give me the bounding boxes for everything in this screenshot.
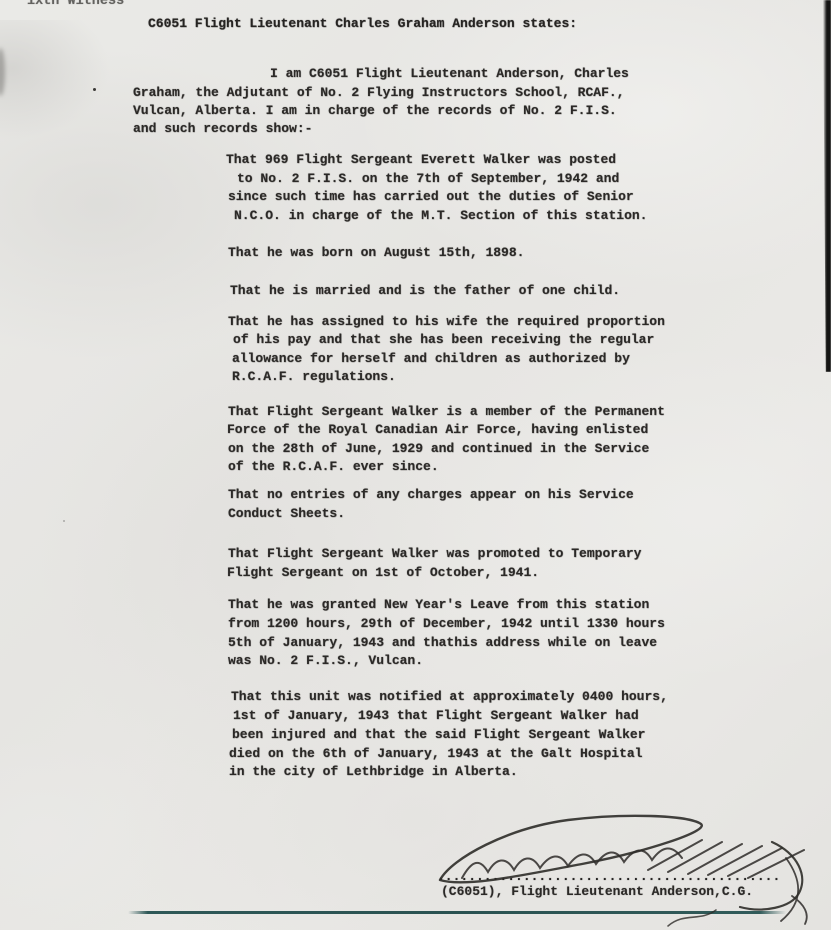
text-line: Flight Sergeant on 1st of October, 1941.	[227, 565, 539, 580]
signature-dotted-line: ........................................…	[437, 869, 780, 884]
document-page: ixth Witness C6051 Flight Lieutenant Cha…	[0, 0, 831, 930]
text-line: allowance for herself and children as au…	[232, 351, 630, 366]
text-line: That he was born on August 15th, 1898.	[228, 245, 524, 260]
text-line: in the city of Lethbridge in Alberta.	[229, 764, 518, 779]
text-line: That Flight Sergeant Walker was promoted…	[228, 546, 641, 561]
text-line: 1st of January, 1943 that Flight Sergean…	[233, 708, 639, 723]
text-line: was No. 2 F.I.S., Vulcan.	[228, 653, 423, 668]
paper-edge-shadow	[0, 48, 5, 96]
text-line: N.C.O. in charge of the M.T. Section of …	[234, 208, 647, 223]
text-line: Conduct Sheets.	[228, 506, 345, 521]
text-line: That no entries of any charges appear on…	[228, 487, 634, 502]
text-line: That Flight Sergeant Walker is a member …	[228, 404, 665, 419]
text-line: to No. 2 F.I.S. on the 7th of September,…	[237, 171, 619, 186]
text-line: R.C.A.F. regulations.	[232, 369, 396, 384]
ink-speck	[419, 247, 421, 249]
text-line: That 969 Flight Sergeant Everett Walker …	[226, 152, 616, 167]
scan-edge-artifact	[823, 0, 831, 372]
paper-crease	[0, 20, 110, 140]
text-line: Force of the Royal Canadian Air Force, h…	[227, 422, 648, 437]
signatory-name: (C6051), Flight Lieutenant Anderson,C.G.	[441, 884, 753, 899]
text-line: 5th of January, 1943 and thathis address…	[228, 635, 657, 650]
text-line: Vulcan, Alberta. I am in charge of the r…	[133, 103, 617, 118]
text-line: That this unit was notified at approxima…	[231, 689, 668, 704]
text-line: of the R.C.A.F. ever since.	[228, 459, 439, 474]
corner-note: ixth Witness	[27, 0, 124, 9]
text-line: from 1200 hours, 29th of December, 1942 …	[228, 616, 665, 631]
text-line: and such records show:-	[133, 121, 312, 136]
text-line: That he is married and is the father of …	[230, 283, 620, 298]
ink-speck	[63, 520, 65, 522]
text-line: been injured and that the said Flight Se…	[232, 727, 645, 742]
bottom-rule	[128, 911, 786, 914]
text-line: I am C6051 Flight Lieutenant Anderson, C…	[270, 66, 629, 81]
text-line: since such time has carried out the duti…	[228, 189, 634, 204]
text-line: died on the 6th of January, 1943 at the …	[229, 746, 642, 761]
document-heading: C6051 Flight Lieutenant Charles Graham A…	[148, 16, 577, 31]
text-line: That he was granted New Year's Leave fro…	[228, 597, 649, 612]
ink-speck	[93, 88, 96, 91]
text-line: of his pay and that she has been receivi…	[233, 332, 654, 347]
text-line: Graham, the Adjutant of No. 2 Flying Ins…	[133, 85, 624, 100]
text-line: That he has assigned to his wife the req…	[228, 314, 665, 329]
text-line: on the 28th of June, 1929 and continued …	[228, 441, 649, 456]
